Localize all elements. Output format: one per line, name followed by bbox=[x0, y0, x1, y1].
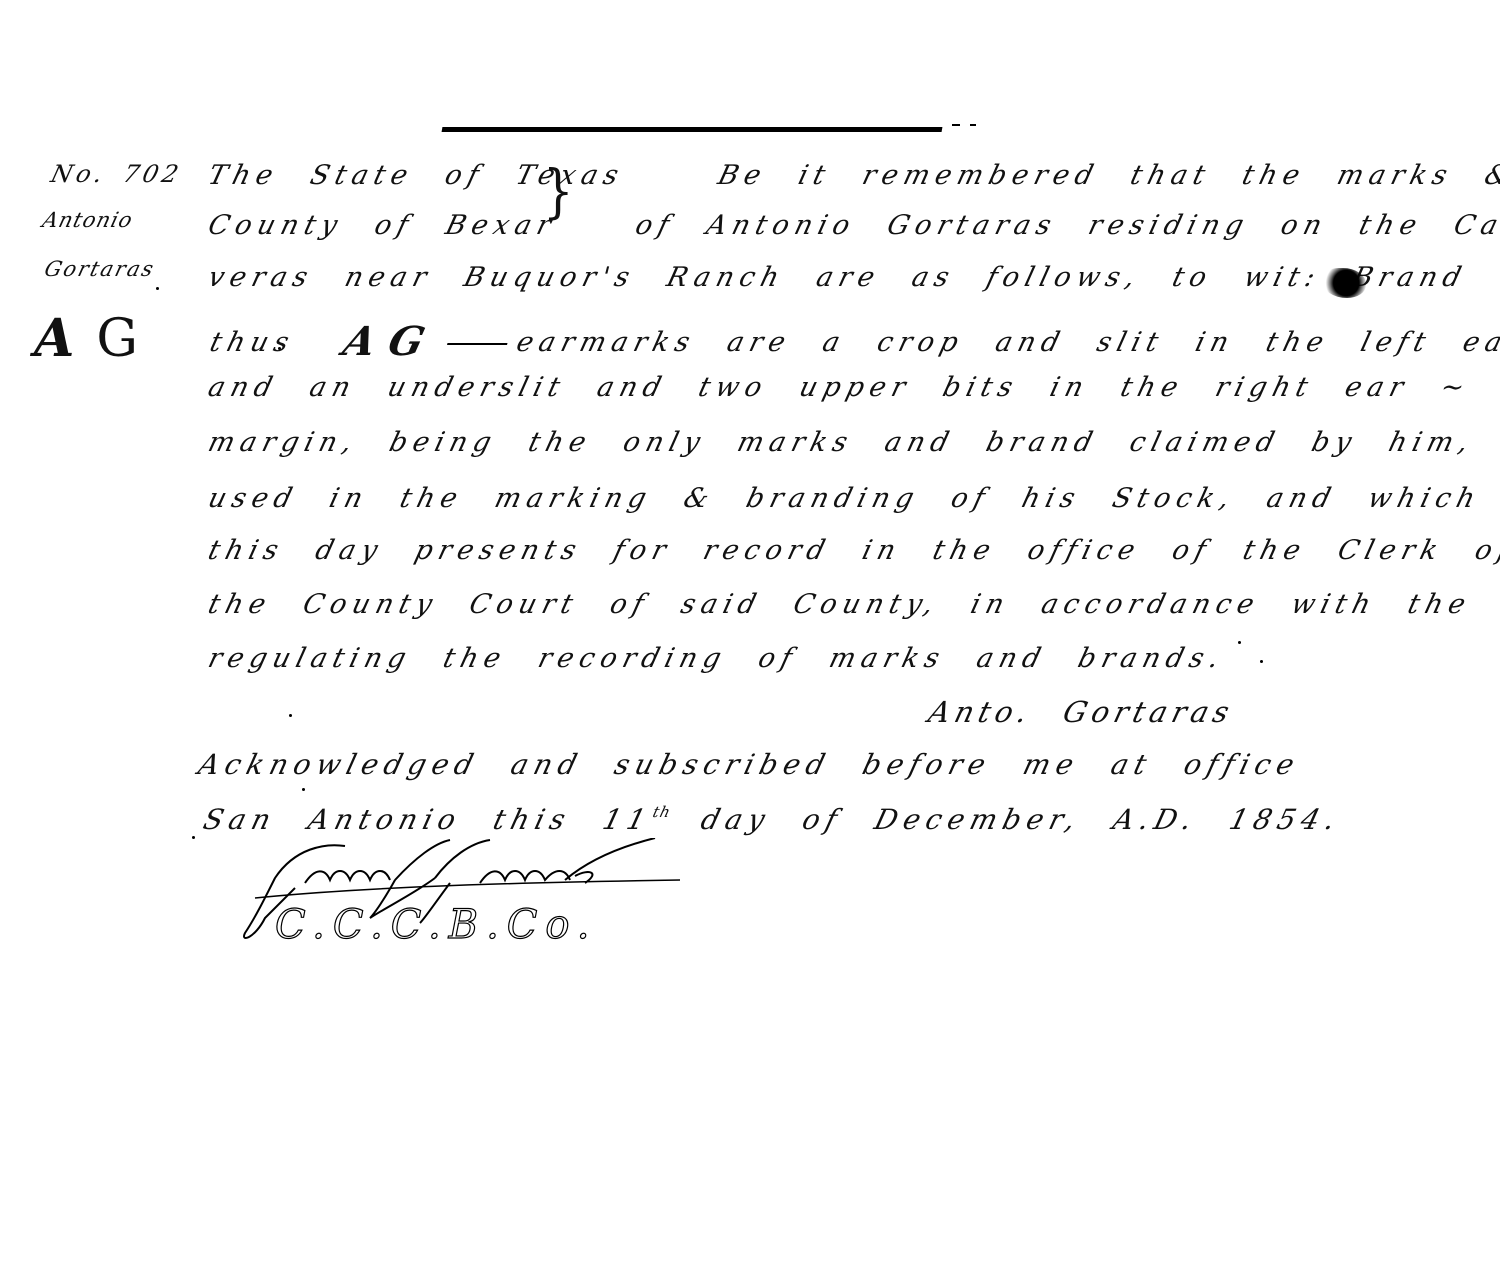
margin-owner-first-name: Antonio bbox=[40, 208, 136, 232]
clerk-signature: C.C.C.B.Co. bbox=[235, 838, 685, 948]
acknowledgement-line-2: San Antonio this 11th day of December, A… bbox=[200, 803, 1344, 836]
scan-speck bbox=[1238, 641, 1241, 644]
inline-brand-mark: AG bbox=[338, 318, 443, 365]
ack-day: 11 bbox=[599, 803, 655, 836]
heading-county: County of Bexar bbox=[205, 210, 560, 241]
body-line-1: The State of TexasBe it remembered that … bbox=[205, 160, 1500, 191]
rule-dash bbox=[952, 124, 960, 126]
scan-speck bbox=[156, 287, 159, 290]
ack-day-suffix: th bbox=[651, 803, 673, 821]
ack-place: San Antonio this bbox=[200, 803, 575, 836]
brand-underline bbox=[447, 343, 507, 345]
body-line-6: margin, being the only marks and brand c… bbox=[205, 427, 1500, 458]
owner-signature: Anto. Gortaras bbox=[925, 695, 1238, 729]
acknowledgement-line-1: Acknowledged and subscribed before me at… bbox=[195, 748, 1304, 781]
body-line-7: used in the marking & branding of his St… bbox=[205, 483, 1500, 514]
top-rule-line bbox=[442, 127, 943, 132]
body-line-9: the County Court of said County, in acco… bbox=[205, 589, 1500, 620]
body-line-10: regulating the recording of marks and br… bbox=[205, 643, 1228, 674]
margin-brand-mark: AG bbox=[34, 308, 160, 369]
body-line-8: this day presents for record in the offi… bbox=[205, 535, 1500, 566]
brand-letter-a: A bbox=[34, 308, 96, 369]
clerk-title: C.C.C.B.Co. bbox=[275, 902, 598, 948]
brand-letter-g: G bbox=[96, 309, 160, 369]
record-number: No. 702 bbox=[48, 160, 185, 188]
body-text: of Antonio Gortaras residing on the Cala… bbox=[632, 210, 1500, 241]
body-line-3: veras near Buquor's Ranch are as follows… bbox=[205, 262, 1470, 293]
rule-dash bbox=[970, 124, 976, 126]
scan-speck bbox=[1260, 660, 1263, 663]
document-page: No. 702 Antonio Gortaras AG The State of… bbox=[0, 0, 1500, 1270]
ack-date: day of December, A.D. 1854. bbox=[698, 803, 1345, 836]
body-line-4: thusAGearmarks are a crop and slit in th… bbox=[205, 318, 1500, 365]
body-line-2: County of Bexarof Antonio Gortaras resid… bbox=[205, 210, 1500, 241]
body-text: thus bbox=[207, 327, 298, 358]
scan-speck bbox=[278, 347, 281, 350]
scan-speck bbox=[289, 714, 292, 717]
ink-blot bbox=[1322, 268, 1366, 298]
scan-speck bbox=[192, 836, 195, 839]
body-text: Be it remembered that the marks & brand bbox=[715, 160, 1500, 191]
margin-owner-last-name: Gortaras bbox=[42, 257, 158, 281]
scan-speck bbox=[302, 788, 305, 791]
body-line-5: and an underslit and two upper bits in t… bbox=[205, 372, 1500, 403]
body-text: earmarks are a crop and slit in the left… bbox=[513, 327, 1500, 358]
